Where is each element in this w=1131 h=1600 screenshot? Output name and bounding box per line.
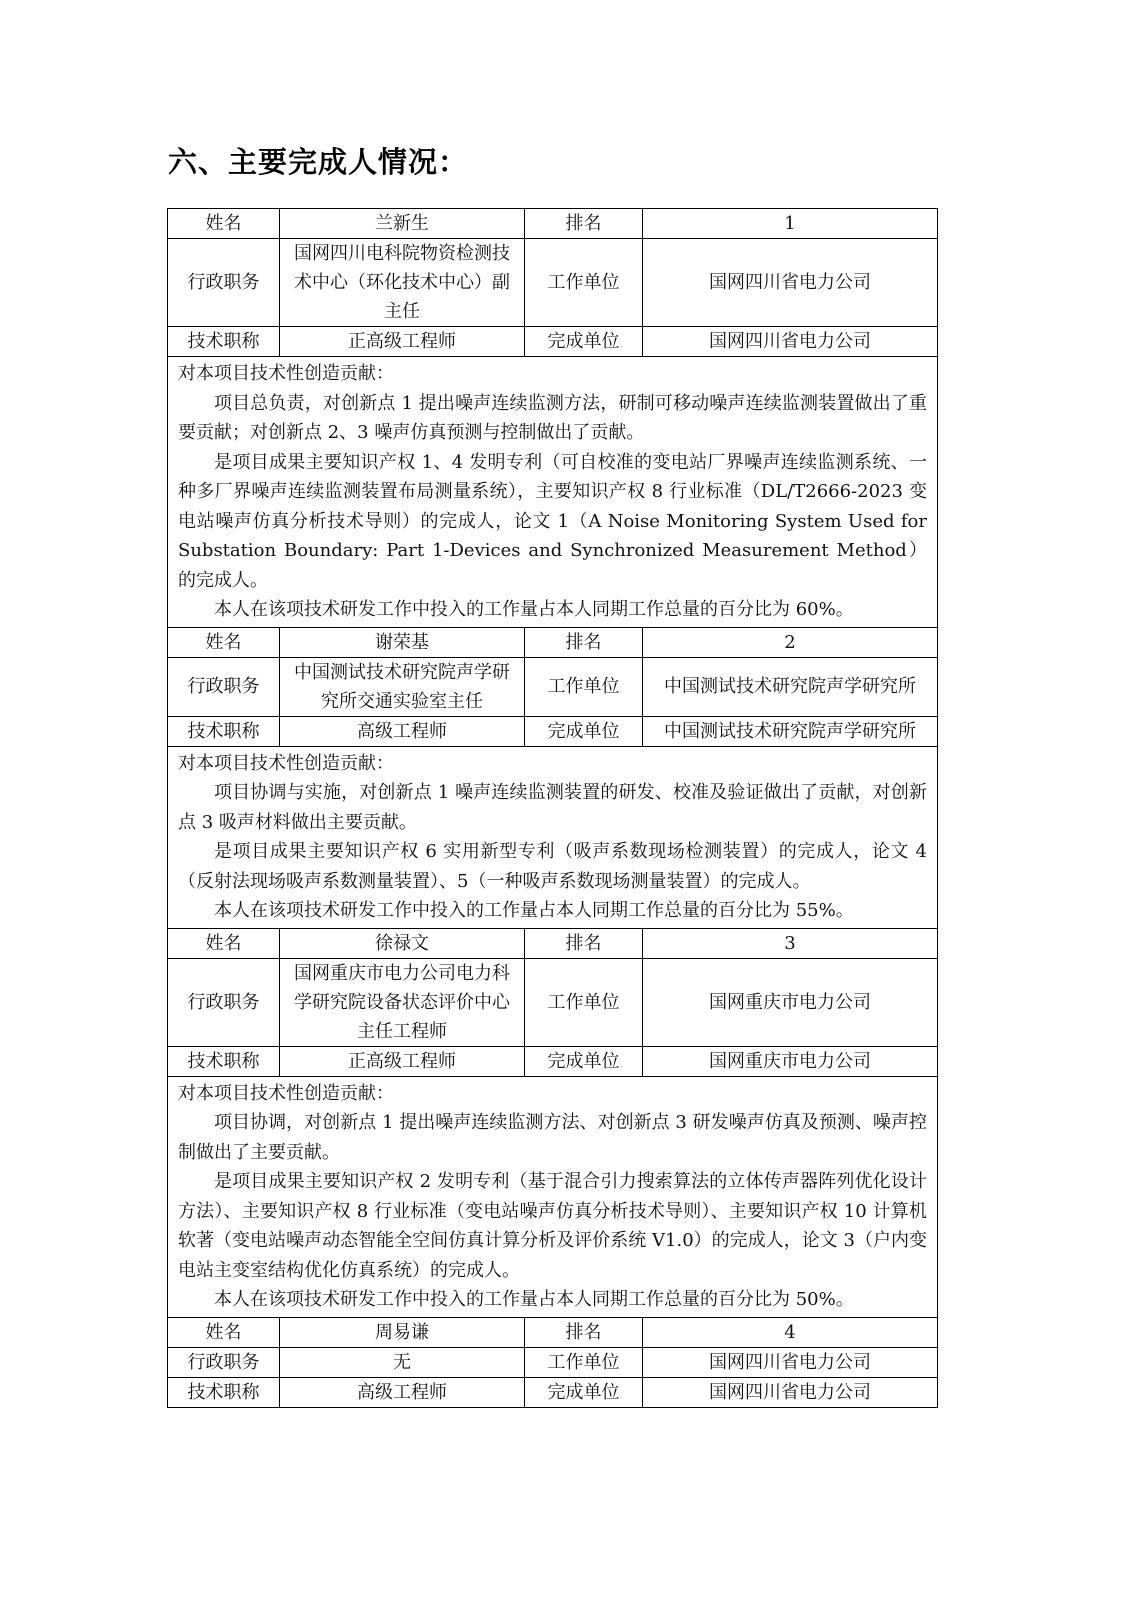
contribution-cell: 对本项目技术性创造贡献： 项目协调与实施，对创新点 1 噪声连续监测装置的研发、…: [168, 746, 938, 928]
person-4-name-row: 姓名 周易谦 排名 4: [168, 1317, 938, 1347]
label-completion-unit: 完成单位: [525, 327, 643, 357]
person-3-title-row: 技术职称 正高级工程师 完成单位 国网重庆市电力公司: [168, 1046, 938, 1076]
person-tech-title: 高级工程师: [280, 716, 525, 746]
contribution-paragraph: 项目协调与实施，对创新点 1 噪声连续监测装置的研发、校准及验证做出了贡献，对创…: [178, 778, 927, 837]
workload-statement: 本人在该项技术研发工作中投入的工作量占本人同期工作总量的百分比为 50%。: [178, 1285, 927, 1315]
contribution-cell: 对本项目技术性创造贡献： 项目总负责，对创新点 1 提出噪声连续监测方法，研制可…: [168, 357, 938, 628]
person-name: 兰新生: [280, 209, 525, 239]
label-admin-post: 行政职务: [168, 958, 280, 1046]
person-name: 徐禄文: [280, 928, 525, 958]
person-completion-unit: 国网四川省电力公司: [643, 327, 938, 357]
person-completion-unit: 国网四川省电力公司: [643, 1377, 938, 1407]
person-admin-post: 无: [280, 1347, 525, 1377]
person-work-unit: 中国测试技术研究院声学研究所: [643, 657, 938, 716]
contribution-paragraph: 是项目成果主要知识产权 1、4 发明专利（可自校准的变电站厂界噪声连续监测系统、…: [178, 448, 927, 596]
person-rank: 3: [643, 928, 938, 958]
person-admin-post: 中国测试技术研究院声学研究所交通实验室主任: [280, 657, 525, 716]
person-1-contribution-row: 对本项目技术性创造贡献： 项目总负责，对创新点 1 提出噪声连续监测方法，研制可…: [168, 357, 938, 628]
label-name: 姓名: [168, 928, 280, 958]
label-admin-post: 行政职务: [168, 1347, 280, 1377]
person-work-unit: 国网四川省电力公司: [643, 239, 938, 327]
contribution-paragraph: 是项目成果主要知识产权 6 实用新型专利（吸声系数现场检测装置）的完成人，论文 …: [178, 837, 927, 896]
contribution-paragraph: 项目总负责，对创新点 1 提出噪声连续监测方法，研制可移动噪声连续监测装置做出了…: [178, 389, 927, 448]
completers-table: 姓名 兰新生 排名 1 行政职务 国网四川电科院物资检测技术中心（环化技术中心）…: [167, 208, 938, 1408]
label-rank: 排名: [525, 209, 643, 239]
person-3-name-row: 姓名 徐禄文 排名 3: [168, 928, 938, 958]
label-admin-post: 行政职务: [168, 657, 280, 716]
person-4-title-row: 技术职称 高级工程师 完成单位 国网四川省电力公司: [168, 1377, 938, 1407]
label-rank: 排名: [525, 627, 643, 657]
person-3-contribution-row: 对本项目技术性创造贡献： 项目协调，对创新点 1 提出噪声连续监测方法、对创新点…: [168, 1076, 938, 1317]
label-admin-post: 行政职务: [168, 239, 280, 327]
person-1-name-row: 姓名 兰新生 排名 1: [168, 209, 938, 239]
label-completion-unit: 完成单位: [525, 716, 643, 746]
person-2-post-row: 行政职务 中国测试技术研究院声学研究所交通实验室主任 工作单位 中国测试技术研究…: [168, 657, 938, 716]
label-completion-unit: 完成单位: [525, 1377, 643, 1407]
contribution-heading: 对本项目技术性创造贡献：: [178, 749, 927, 779]
person-admin-post: 国网重庆市电力公司电力科学研究院设备状态评价中心主任工程师: [280, 958, 525, 1046]
page-title: 六、主要完成人情况：: [168, 140, 468, 181]
label-work-unit: 工作单位: [525, 239, 643, 327]
person-rank: 4: [643, 1317, 938, 1347]
workload-statement: 本人在该项技术研发工作中投入的工作量占本人同期工作总量的百分比为 55%。: [178, 896, 927, 926]
label-tech-title: 技术职称: [168, 1377, 280, 1407]
label-name: 姓名: [168, 627, 280, 657]
person-name: 谢荣基: [280, 627, 525, 657]
label-work-unit: 工作单位: [525, 958, 643, 1046]
person-3-post-row: 行政职务 国网重庆市电力公司电力科学研究院设备状态评价中心主任工程师 工作单位 …: [168, 958, 938, 1046]
person-tech-title: 高级工程师: [280, 1377, 525, 1407]
contribution-heading: 对本项目技术性创造贡献：: [178, 1079, 927, 1109]
person-completion-unit: 国网重庆市电力公司: [643, 1046, 938, 1076]
label-work-unit: 工作单位: [525, 1347, 643, 1377]
person-rank: 1: [643, 209, 938, 239]
person-1-post-row: 行政职务 国网四川电科院物资检测技术中心（环化技术中心）副主任 工作单位 国网四…: [168, 239, 938, 327]
contribution-paragraph: 项目协调，对创新点 1 提出噪声连续监测方法、对创新点 3 研发噪声仿真及预测、…: [178, 1108, 927, 1167]
person-2-contribution-row: 对本项目技术性创造贡献： 项目协调与实施，对创新点 1 噪声连续监测装置的研发、…: [168, 746, 938, 928]
person-rank: 2: [643, 627, 938, 657]
label-name: 姓名: [168, 1317, 280, 1347]
workload-statement: 本人在该项技术研发工作中投入的工作量占本人同期工作总量的百分比为 60%。: [178, 595, 927, 625]
contribution-heading: 对本项目技术性创造贡献：: [178, 359, 927, 389]
label-tech-title: 技术职称: [168, 716, 280, 746]
person-completion-unit: 中国测试技术研究院声学研究所: [643, 716, 938, 746]
person-work-unit: 国网重庆市电力公司: [643, 958, 938, 1046]
person-tech-title: 正高级工程师: [280, 1046, 525, 1076]
label-rank: 排名: [525, 928, 643, 958]
label-tech-title: 技术职称: [168, 327, 280, 357]
person-admin-post: 国网四川电科院物资检测技术中心（环化技术中心）副主任: [280, 239, 525, 327]
contribution-cell: 对本项目技术性创造贡献： 项目协调，对创新点 1 提出噪声连续监测方法、对创新点…: [168, 1076, 938, 1317]
label-rank: 排名: [525, 1317, 643, 1347]
person-name: 周易谦: [280, 1317, 525, 1347]
person-tech-title: 正高级工程师: [280, 327, 525, 357]
label-name: 姓名: [168, 209, 280, 239]
label-tech-title: 技术职称: [168, 1046, 280, 1076]
contribution-paragraph: 是项目成果主要知识产权 2 发明专利（基于混合引力搜索算法的立体传声器阵列优化设…: [178, 1167, 927, 1285]
label-completion-unit: 完成单位: [525, 1046, 643, 1076]
person-2-title-row: 技术职称 高级工程师 完成单位 中国测试技术研究院声学研究所: [168, 716, 938, 746]
person-4-post-row: 行政职务 无 工作单位 国网四川省电力公司: [168, 1347, 938, 1377]
person-2-name-row: 姓名 谢荣基 排名 2: [168, 627, 938, 657]
person-work-unit: 国网四川省电力公司: [643, 1347, 938, 1377]
label-work-unit: 工作单位: [525, 657, 643, 716]
person-1-title-row: 技术职称 正高级工程师 完成单位 国网四川省电力公司: [168, 327, 938, 357]
